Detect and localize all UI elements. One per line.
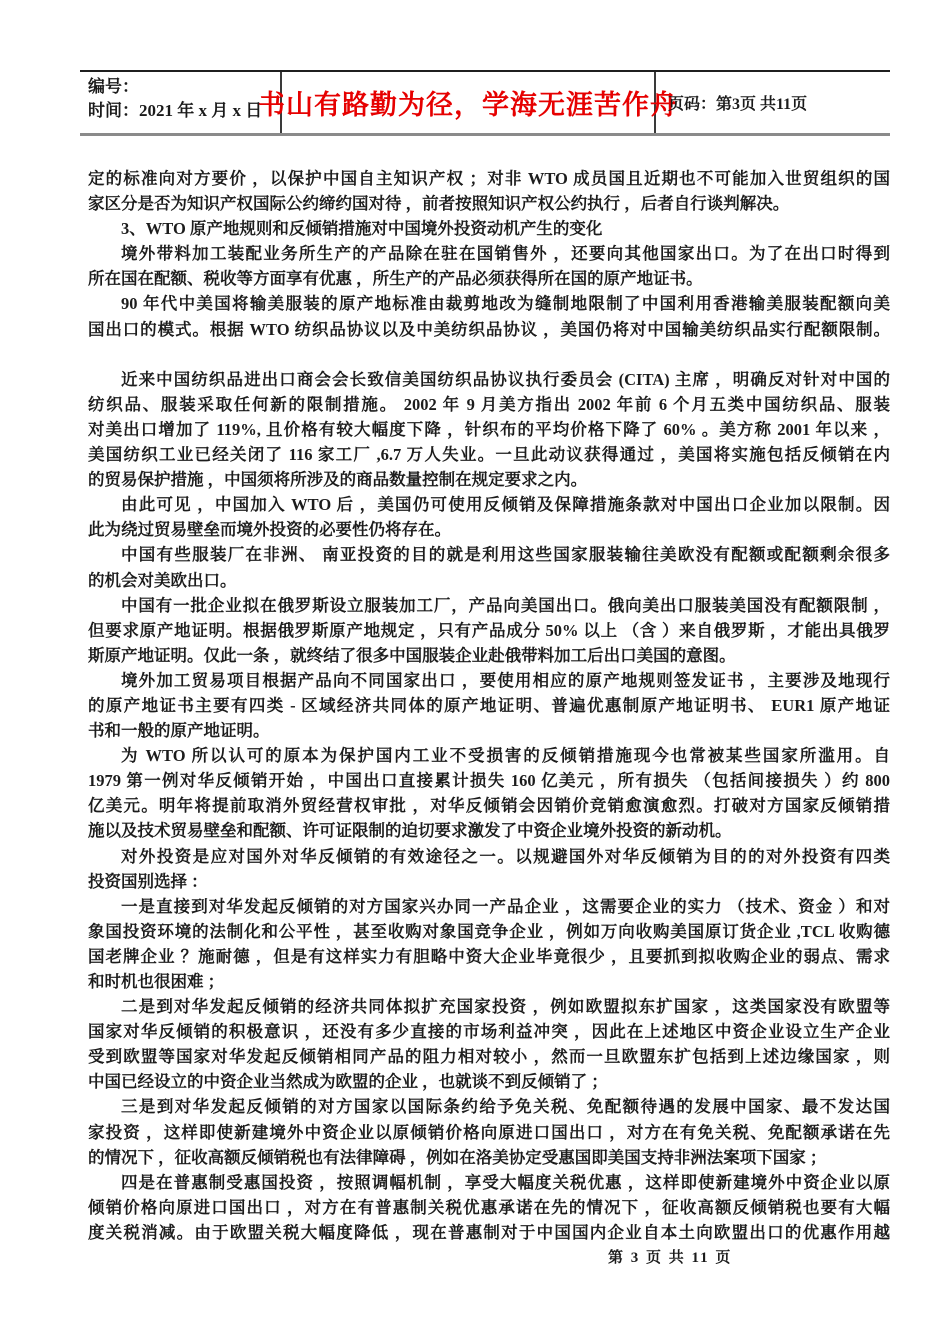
text-line: 但要求原产地证明。根据俄罗斯原产地规定 ，只有产品成分 50% 以上 （含 ）来…	[88, 618, 890, 643]
doc-number-label: 编号：	[88, 75, 280, 99]
text-line: 中国有些服装厂在非洲、 南亚投资的目的就是利用这些国家服装输往美欧没有配额或配额…	[88, 542, 890, 567]
document-body: 定的标准向对方要价 ，以保护中国自主知识产权 ；对非 WTO 成员国且近期也不可…	[88, 166, 890, 1245]
text-line: 国老牌企业 ？施耐德 ，但是有这样实力有胆略中资大企业毕竟很少 ，且要抓到拟收购…	[88, 944, 890, 969]
text-line: 一是直接到对华发起反倾销的对方国家兴办同一产品企业 ，这需要企业的实力 （技术、…	[88, 894, 890, 919]
text-line: 家区分是否为知识产权国际公约缔约国对待 ，前者按照知识产权公约执行 ，后者自行谈…	[88, 191, 890, 216]
text-line: 此为绕过贸易壁垒而境外投资的必要性仍将存在。	[88, 517, 890, 542]
text-line: 倾销价格向原进口国出口 ，对方在有普惠制关税优惠承诺在先的情况下 ，征收高额反倾…	[88, 1195, 890, 1220]
text-line: 对美出口增加了 119%, 且价格有较大幅度下降 ，针织布的平均价格下降了 60…	[88, 417, 890, 442]
header-meta-cell: 编号： 时间：2021 年 x 月 x 日	[80, 72, 280, 133]
text-line: 由此可见 ，中国加入 WTO 后 ，美国仍可使用反倾销及保障措施条款对中国出口企…	[88, 492, 890, 517]
text-line: 象国投资环境的法制化和公平性 ，甚至收购对象国竞争企业 ，例如万向收购美国原订货…	[88, 919, 890, 944]
text-line: 的贸易保护措施 ，中国须将所涉及的商品数量控制在规定要求之内。	[88, 467, 890, 492]
text-line: 书和一般的原产地证明。	[88, 718, 890, 743]
text-line: 中国已经设立的中资企业当然成为欧盟的企业 ，也就谈不到反倾销了 ；	[88, 1069, 890, 1094]
text-line: 的原产地证书主要有四类 - 区域经济共同体的原产地证明、普遍优惠制原产地证明书、…	[88, 693, 890, 718]
text-line: 的机会对美欧出口。	[88, 568, 890, 593]
text-line: 斯原产地证明。仅此一条 ，就终结了很多中国服装企业赴俄带料加工后出口美国的意图。	[88, 643, 890, 668]
text-line: 受到欧盟等国家对华发起反倾销相同产品的阻力相对较小 ，然而一旦欧盟东扩包括到上述…	[88, 1044, 890, 1069]
text-line: 家投资 ，这样即使新建境外中资企业以原倾销价格向原进口国出口 ，对方在有免关税、…	[88, 1120, 890, 1145]
text-line: 境外带料加工装配业务所生产的产品除在驻在国销售外 ，还要向其他国家出口。为了在出…	[88, 241, 890, 266]
document-page: 编号： 时间：2021 年 x 月 x 日 书山有路勤为径，学海无涯苦作舟 页码…	[0, 0, 950, 1344]
text-line: 四是在普惠制受惠国投资 ，按照调幅机制 ，享受大幅度关税优惠 ，这样即使新建境外…	[88, 1170, 890, 1195]
text-line: 3、WTO 原产地规则和反倾销措施对中国境外投资动机产生的变化	[88, 216, 890, 241]
motto-text: 书山有路勤为径，学海无涯苦作舟	[258, 83, 678, 122]
text-line: 1979 第一例对华反倾销开始 ，中国出口直接累计损失 160 亿美元 ，所有损…	[88, 768, 890, 793]
doc-date-label: 时间：2021 年 x 月 x 日	[88, 99, 280, 123]
header-motto-cell: 书山有路勤为径，学海无涯苦作舟	[280, 72, 656, 133]
text-line: 施以及技术贸易壁垒和配额、许可证限制的迫切要求激发了中资企业境外投资的新动机。	[88, 818, 890, 843]
footer-page-text: 第 3 页 共 11 页	[608, 1250, 732, 1266]
text-line: 投资国别选择 ：	[88, 869, 890, 894]
text-line: 境外加工贸易项目根据产品向不同国家出口 ，要使用相应的原产地规则签发证书 ，主要…	[88, 668, 890, 693]
page-footer: 第 3 页 共 11 页	[608, 1246, 732, 1267]
text-line: 纺织品、服装采取任何新的限制措施。 2002 年 9 月美方指出 2002 年前…	[88, 392, 890, 417]
text-line: 所在国在配额、税收等方面享有优惠 ，所生产的产品必须获得所在国的原产地证书。	[88, 266, 890, 291]
text-line: 中国有一批企业拟在俄罗斯设立服装加工厂，产品向美国出口。俄向美出口服装美国没有配…	[88, 593, 890, 618]
text-line: 对外投资是应对国外对华反倾销的有效途径之一。以规避国外对华反倾销为目的的对外投资…	[88, 844, 890, 869]
text-line: 为 WTO 所以认可的原本为保护国内工业不受损害的反倾销措施现今也常被某些国家所…	[88, 743, 890, 768]
text-line: 亿美元。明年将提前取消外贸经营权审批 ，对华反倾销会因销价竞销愈演愈烈。打破对方…	[88, 793, 890, 818]
text-line: 的情况下 ，征收高额反倾销税也有法律障碍 ，例如在洛美协定受惠国即美国支持非洲法…	[88, 1145, 890, 1170]
text-line: 二是到对华发起反倾销的经济共同体拟扩充国家投资 ，例如欧盟拟东扩国家 ，这类国家…	[88, 994, 890, 1019]
page-number-label: 页码：第3页 共11页	[668, 91, 807, 114]
header-page-cell: 页码：第3页 共11页	[656, 72, 890, 133]
text-line: 美国纺织工业已经关闭了 116 家工厂 ,6.7 万人失业。一旦此动议获得通过 …	[88, 442, 890, 467]
text-line: 国出口的模式。根据 WTO 纺织品协议以及中美纺织品协议 ，美国仍将对中国输美纺…	[88, 317, 890, 342]
text-line: 和时机也很困难 ；	[88, 969, 890, 994]
text-line: 国家对华反倾销的积极意识 ，还没有多少直接的市场利益冲突 ，因此在上述地区中资企…	[88, 1019, 890, 1044]
text-line: 定的标准向对方要价 ，以保护中国自主知识产权 ；对非 WTO 成员国且近期也不可…	[88, 166, 890, 191]
text-line: 度关税消减。由于欧盟关税大幅度降低 ，现在普惠制对于中国国内企业自本土向欧盟出口…	[88, 1220, 890, 1245]
header-table: 编号： 时间：2021 年 x 月 x 日 书山有路勤为径，学海无涯苦作舟 页码…	[80, 70, 890, 136]
text-line: 近来中国纺织品进出口商会会长致信美国纺织品协议执行委员会 (CITA) 主席 ，…	[88, 367, 890, 392]
text-line: 90 年代中美国将输美服装的原产地标准由裁剪地改为缝制地限制了中国利用香港输美服…	[88, 291, 890, 316]
text-line: 三是到对华发起反倾销的对方国家以国际条约给予免关税、免配额待遇的发展中国家、最不…	[88, 1094, 890, 1119]
